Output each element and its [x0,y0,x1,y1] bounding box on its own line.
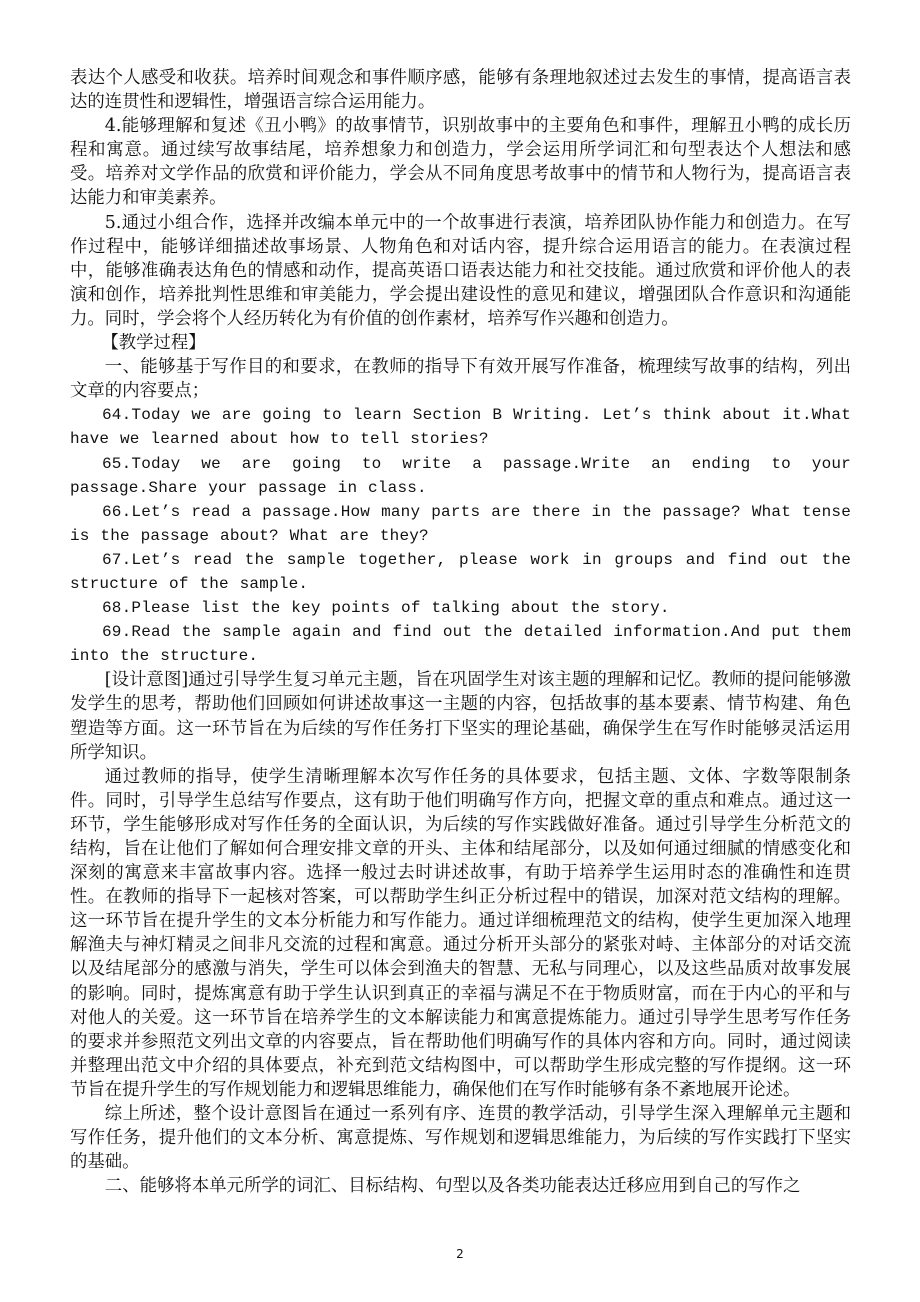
paragraph-teacher-guidance: 通过教师的指导，使学生清晰理解本次写作任务的具体要求，包括主题、文体、字数等限制… [70,765,851,1102]
paragraph-goal-5: 5.通过小组合作，选择并改编本单元中的一个故事进行表演，培养团队协作能力和创造力… [70,211,851,331]
paragraph-goal-4: 4.能够理解和复述《丑小鸭》的故事情节，识别故事中的主要角色和事件，理解丑小鸭的… [70,114,851,210]
question-65: 65.Today we are going to write a passage… [70,452,851,500]
paragraph-step-2-heading: 二、能够将本单元所学的词汇、目标结构、句型以及各类功能表达迁移应用到自己的写作之 [70,1174,851,1198]
section-heading-teaching-process: 【教学过程】 [70,331,851,355]
question-66: 66.Let’s read a passage.How many parts a… [70,500,851,548]
paragraph-continued-goal-3: 表达个人感受和收获。培养时间观念和事件顺序感，能够有条理地叙述过去发生的事情，提… [70,66,851,114]
question-69: 69.Read the sample again and find out th… [70,620,851,668]
document-page: 表达个人感受和收获。培养时间观念和事件顺序感，能够有条理地叙述过去发生的事情，提… [70,66,851,1198]
paragraph-design-intent: [设计意图]通过引导学生复习单元主题，旨在巩固学生对该主题的理解和记忆。教师的提… [70,668,851,764]
page-number: 2 [0,1247,920,1261]
question-64: 64.Today we are going to learn Section B… [70,403,851,451]
question-67: 67.Let’s read the sample together, pleas… [70,548,851,596]
question-68: 68.Please list the key points of talking… [70,596,851,620]
paragraph-summary: 综上所述，整个设计意图旨在通过一系列有序、连贯的教学活动，引导学生深入理解单元主… [70,1102,851,1174]
paragraph-step-1-heading: 一、能够基于写作目的和要求，在教师的指导下有效开展写作准备，梳理续写故事的结构，… [70,355,851,403]
